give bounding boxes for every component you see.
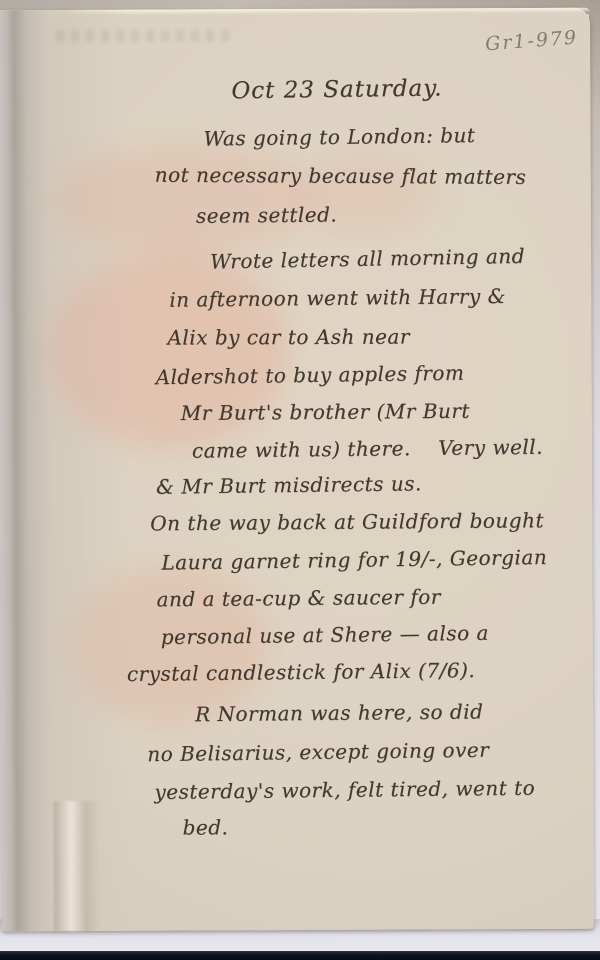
handwriting-line: & Mr Burt misdirects us. [156,471,422,498]
handwriting-line: in afternoon went with Harry & [169,284,506,312]
handwriting-line: came with us) there. Very well. [192,435,543,463]
diary-page: Gr1-979 Oct 23 Saturday. Was going to Lo… [0,8,594,932]
handwriting-line: personal use at Shere — also a [161,621,489,649]
handwriting-line: Mr Burt's brother (Mr Burt [181,399,470,425]
handwriting-line: Alix by car to Ash near [167,325,410,350]
gutter-shadow [0,10,132,932]
diary-page-scan: Gr1-979 Oct 23 Saturday. Was going to Lo… [0,0,600,960]
scanner-dark-edge [0,951,600,960]
bleedthrough-blotch [54,144,314,255]
faint-pencil-smudge [56,29,231,42]
handwriting-line: Aldershot to buy apples from [155,361,464,390]
handwriting-line: Wrote letters all morning and [210,244,525,274]
handwriting-line: yesterday's work, felt tired, went to [154,776,535,804]
handwriting-line: no Belisarius, except going over [147,738,489,766]
handwriting-line: Laura garnet ring for 19/-, Georgian [161,545,547,575]
handwriting-line: not necessary because flat matters [155,163,527,189]
page-curl-edge [53,801,100,931]
handwriting-line: seem settled. [196,202,338,227]
handwriting-line: Was going to London: but [203,123,475,151]
handwriting-line: On the way back at Guildford bought [150,508,544,535]
handwriting-line: crystal candlestick for Alix (7/6). [127,658,476,686]
handwriting-line: R Norman was here, so did [195,699,484,726]
entry-date-heading: Oct 23 Saturday. [231,75,442,104]
handwriting-line: bed. [183,815,229,839]
handwriting-line: and a tea-cup & saucer for [156,585,440,612]
catalog-number: Gr1-979 [484,27,578,56]
